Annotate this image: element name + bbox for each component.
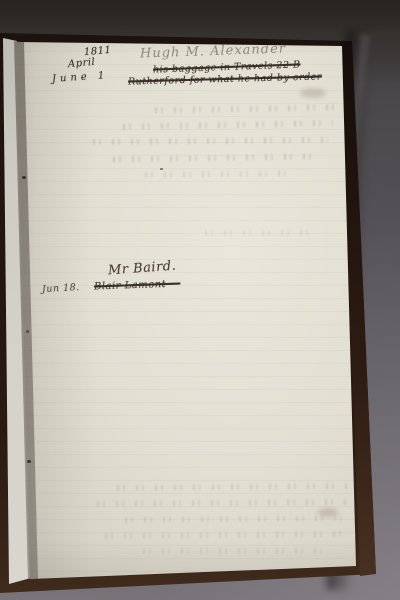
entry-struck-line: Blair Lamont — [94,278,181,292]
ledger-entry-middle: Mr Baird. Jun 18. Blair Lamont — [0,0,400,600]
ledger-page: 1811 April June 1 Hugh M. Alexander his … [0,0,400,600]
entry-date: Jun 18. [42,282,80,295]
page-speck [160,168,163,170]
entry-name: Mr Baird. [108,259,177,279]
photo-ledger-scene: 1811 April June 1 Hugh M. Alexander his … [0,0,400,600]
page-smudge [318,508,338,517]
page-smudge [300,88,326,98]
